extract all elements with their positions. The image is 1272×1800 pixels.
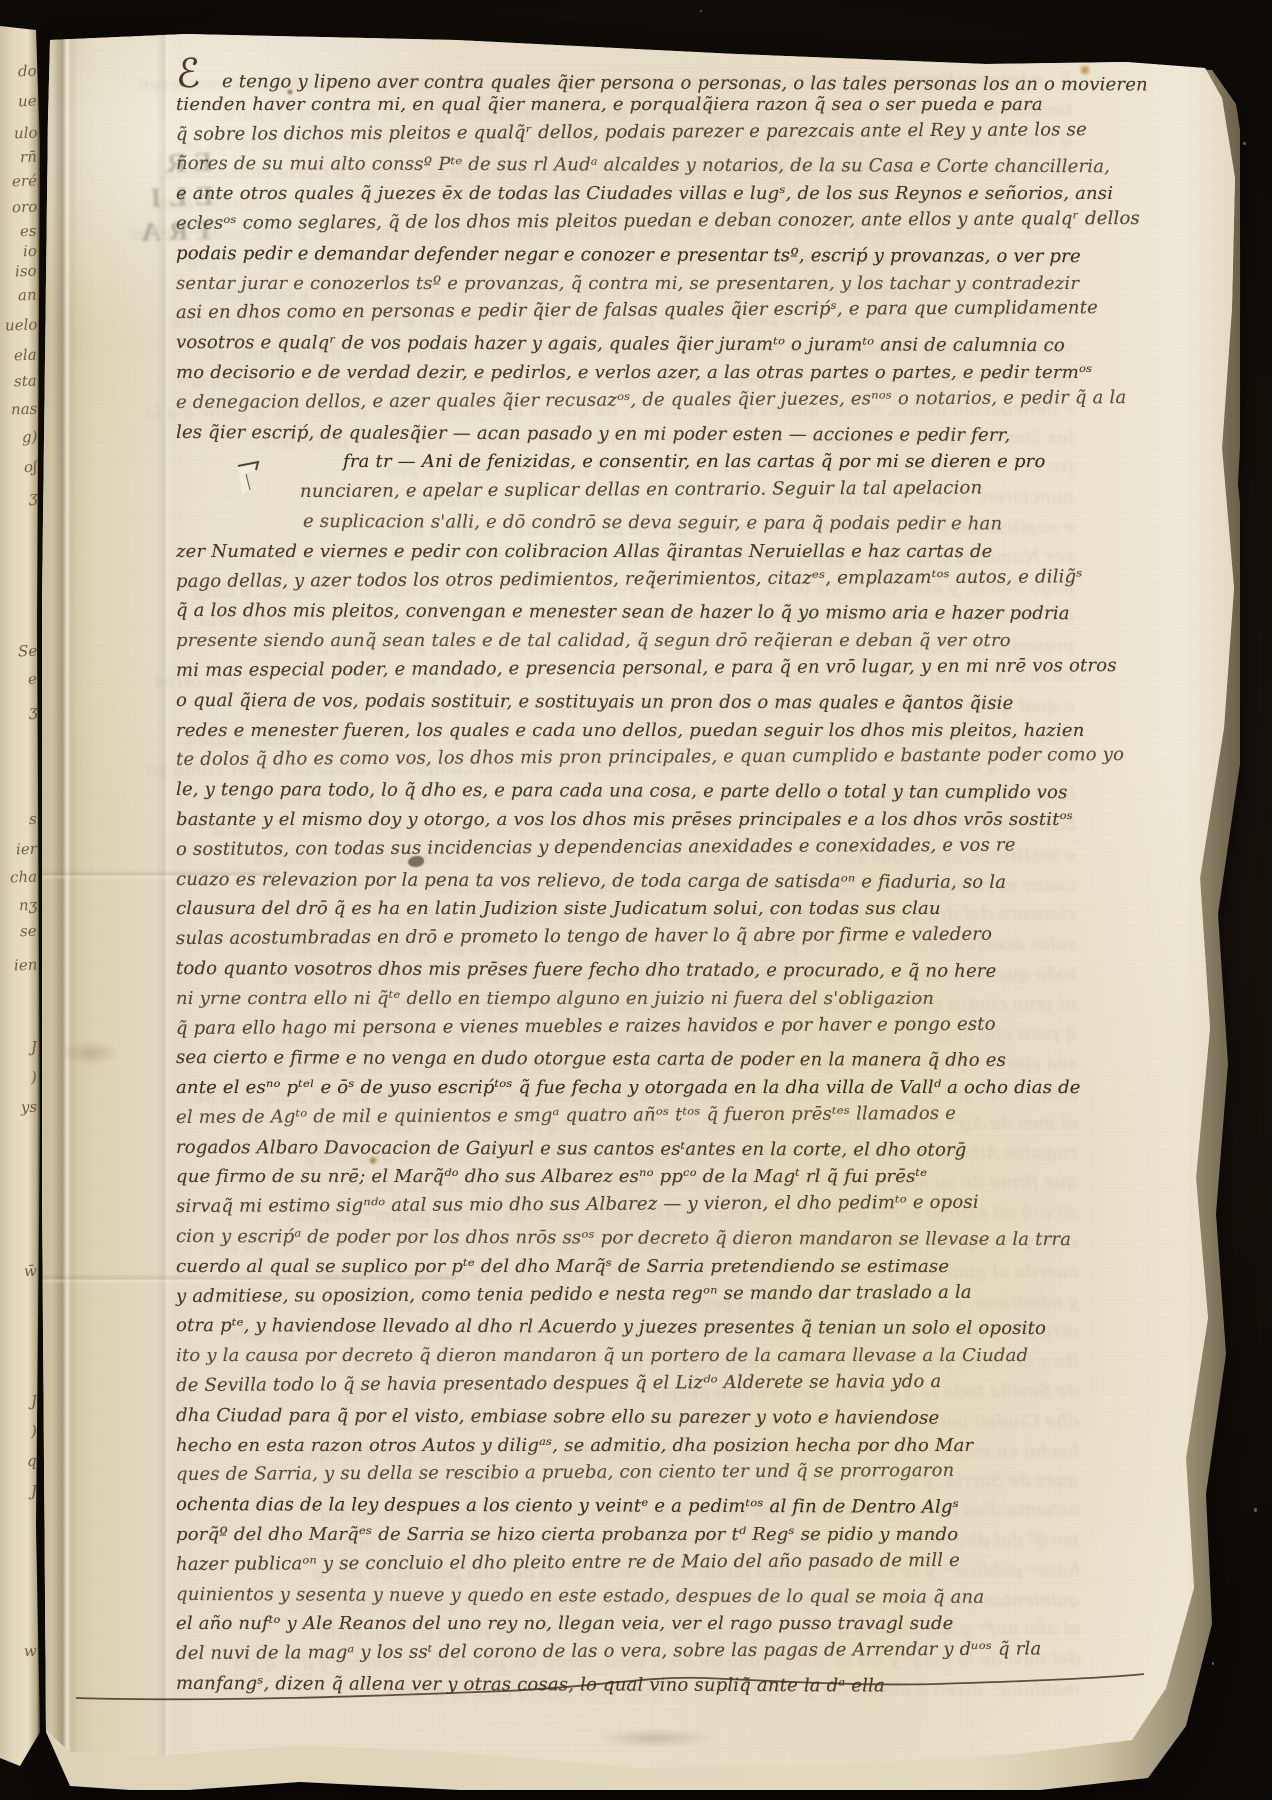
page-edge-fragment: an	[18, 286, 37, 305]
manuscript-line: sulas acostumbradas en drō e prometo lo …	[176, 919, 1176, 954]
manuscript-text: ℰ e tengo y lipeno aver contra quales q̃…	[176, 60, 1176, 1699]
page-edge-fragment: uelo	[4, 315, 37, 334]
page-edge-fragment: nʒ	[19, 896, 38, 915]
page-edge-fragment: Se	[18, 642, 38, 661]
dust-speck	[700, 10, 702, 12]
page-edge-fragment: cha	[10, 868, 38, 887]
manuscript-line: te dolos q̃ dho es como vos, los dhos mi…	[176, 740, 1176, 775]
page-edge-fragment: se	[20, 922, 37, 941]
page-edge-fragment: es	[20, 222, 37, 241]
page-edge-fragment: ien	[13, 956, 37, 975]
manuscript-line: ques de Sarria, y su della se rescibio a…	[176, 1455, 1176, 1490]
manuscript-line: dha Ciudad para q̃ por el visto, embiase…	[176, 1401, 1176, 1434]
manuscript-line: otra pᵗᵉ, y haviendose llevado al dho rl…	[176, 1311, 1176, 1344]
dust-speck	[1212, 1662, 1214, 1665]
page-edge-fragment: J	[31, 1038, 38, 1056]
manuscript-line: de Sevilla todo lo q̃ se havia presentad…	[176, 1366, 1176, 1401]
page-edge-fragment: do	[18, 62, 37, 81]
page-recto: ER ELI TRA ℰ e tengo y lipeno aver contr…	[36, 28, 1242, 1780]
paper-tear	[234, 460, 264, 500]
manuscript-line: o sostitutos, con todas sus incidencias …	[176, 829, 1176, 864]
manuscript-line: sirvaq̃ mi estimo sigⁿᵈᵒ atal sus mio dh…	[176, 1187, 1176, 1222]
manuscript-sheet: ER ELI TRA ℰ e tengo y lipeno aver contr…	[0, 0, 1272, 1800]
manuscript-line: hazer publicaᵒⁿ y se concluio el dho ple…	[176, 1545, 1176, 1580]
page-edge-fragment: sta	[14, 372, 37, 391]
manuscript-line: ñores de su mui alto conssº Pᵗᵉ de sus r…	[176, 149, 1176, 182]
page-edge-fragment: io	[23, 242, 37, 260]
page-edge-fragment: w̄	[24, 1262, 37, 1280]
manuscript-line: sea cierto e firme e no venga en dudo ot…	[176, 1043, 1176, 1076]
page-edge-fragment: ulo	[13, 124, 37, 143]
manuscript-line: pago dellas, y azer todos los otros pedi…	[176, 561, 1176, 596]
page-edge-fragment: w	[24, 1642, 37, 1660]
gutter-fold-crease	[52, 28, 78, 1780]
manuscript-line: todo quanto vosotros dhos mis prēses fue…	[176, 954, 1176, 987]
manuscript-line: q̃ a los dhos mis pleitos, convengan e m…	[176, 596, 1176, 629]
page-edge-fragment: ela	[14, 346, 37, 365]
manuscript-line: nunciaren, e apelar e suplicar dellas en…	[300, 473, 1176, 507]
manuscript-line: cion y escriṕᵃ de poder por los dhos nrō…	[176, 1222, 1176, 1255]
page-edge-fragment: nas	[10, 400, 37, 419]
page-edge-fragment: )	[31, 1068, 37, 1086]
page-edge-fragment: rn̄	[20, 148, 37, 167]
page-edge-fragment: eré	[12, 172, 38, 191]
page-edge-fragment: J	[31, 1392, 38, 1410]
manuscript-line: cuazo es relevazion por la pena ta vos r…	[176, 865, 1176, 898]
manuscript-line: y admitiese, su oposizion, como tenia pe…	[176, 1276, 1176, 1311]
page-edge-fragment: ʒ	[28, 702, 37, 720]
page-edge-fragment: q	[27, 1452, 37, 1470]
page-edge-fragment: e	[28, 670, 38, 688]
manuscript-line: ℰ e tengo y lipeno aver contra quales q̃…	[176, 60, 1176, 93]
manuscript-line: quinientos y sesenta y nueve y quedo en …	[176, 1580, 1176, 1613]
manuscript-line: asi en dhos como en personas e pedir q̃i…	[176, 293, 1176, 328]
manuscript-line: les q̃ier escriṕ, de qualesq̃ier — acan …	[176, 418, 1176, 451]
manuscript-line: rogados Albaro Davocacion de Gaiyurl e s…	[176, 1133, 1176, 1166]
manuscript-line: vosotros e qualqʳ de vos podais hazer y …	[176, 328, 1176, 361]
stain	[596, 1728, 716, 1748]
ink-rule	[36, 1662, 1176, 1706]
page-edge-fragment: s	[29, 810, 37, 828]
page-edge-fragment: ys	[21, 1098, 38, 1117]
page-edge-fragment: ʒ	[28, 488, 37, 506]
manuscript-line: e suplicacion s'alli, e dō condrō se dev…	[303, 507, 1176, 540]
manuscript-line: podais pedir e demandar defender negar e…	[176, 239, 1176, 272]
manuscript-line: el mes de Agᵗᵒ de mil e quinientos e smg…	[176, 1098, 1176, 1133]
page-edge-fragment: iso	[15, 262, 37, 281]
page-edge-fragment: ier	[16, 840, 37, 859]
dust-speck	[1254, 1508, 1257, 1512]
manuscript-photo: ER ELI TRA ℰ e tengo y lipeno aver contr…	[0, 0, 1272, 1800]
manuscript-line: q̃ sobre los dichos mis pleitos e qualq̃…	[176, 114, 1176, 149]
manuscript-line: mi mas especial poder, e mandado, e pres…	[176, 651, 1176, 686]
manuscript-line: ochenta dias de la ley despues a los cie…	[176, 1490, 1176, 1523]
adjacent-page-edge: doueulorn̄eréoroesioisoanueloelastanasg)…	[0, 26, 40, 1766]
manuscript-line: e denegacion dellos, e azer quales q̃ier…	[176, 383, 1176, 418]
manuscript-line: eclesᵒˢ como seglares, q̃ de los dhos mi…	[176, 204, 1176, 239]
page-edge-fragment: g)	[21, 428, 37, 447]
manuscript-line: o qual q̃iera de vos, podais sostituir, …	[176, 686, 1176, 719]
dust-speck	[1243, 142, 1246, 145]
page-edge-fragment: oʃ	[24, 458, 38, 476]
page-edge-fragment: oro	[11, 198, 37, 217]
page-edge-fragment: ue	[18, 92, 37, 111]
manuscript-line: le, y tengo para todo, lo q̃ dho es, e p…	[176, 775, 1176, 808]
manuscript-line: q̃ para ello hago mi persona e vienes mu…	[176, 1008, 1176, 1043]
margin-fold-crease	[156, 28, 174, 1780]
page-edge-fragment: )	[31, 1422, 37, 1440]
